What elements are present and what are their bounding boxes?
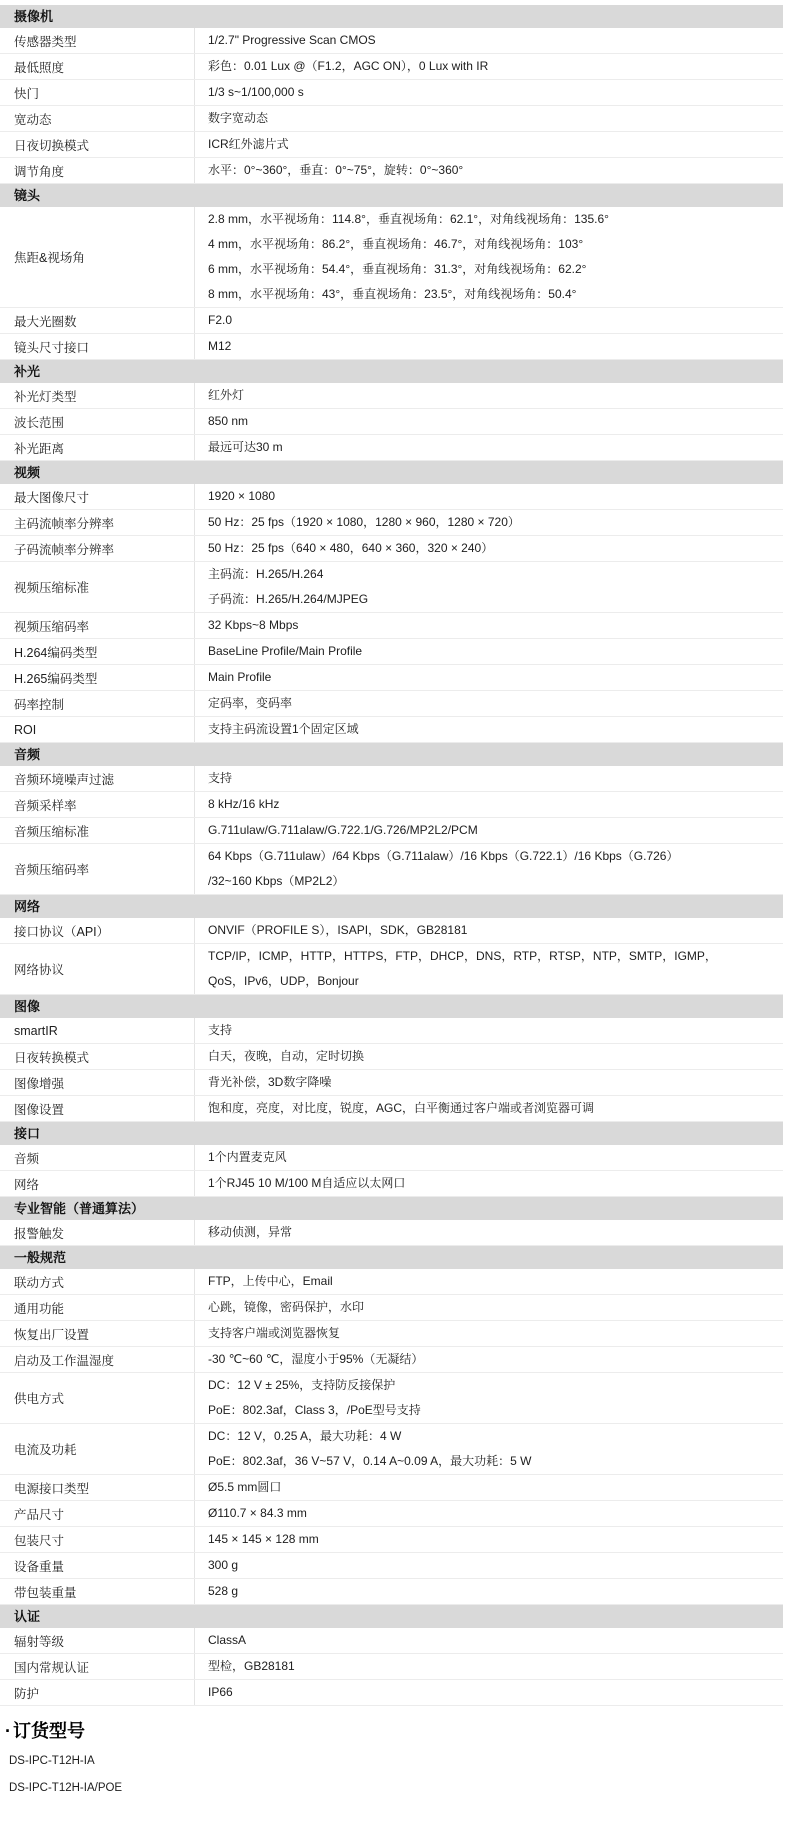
section-header: 网络 (0, 895, 783, 918)
spec-value: 主码流：H.265/H.264子码流：H.265/H.264/MJPEG (195, 562, 783, 612)
spec-value: 528 g (195, 1579, 783, 1604)
bullet-icon: · (5, 1718, 11, 1744)
spec-label: 音频 (0, 1145, 195, 1170)
spec-label: 带包装重量 (0, 1579, 195, 1604)
spec-value: 1个内置麦克风 (195, 1145, 783, 1170)
spec-table: 摄像机传感器类型1/2.7" Progressive Scan CMOS最低照度… (0, 5, 783, 1706)
section: 一般规范联动方式FTP，上传中心，Email通用功能心跳，镜像，密码保护，水印恢… (0, 1246, 783, 1605)
spec-value-line: 背光补偿，3D数字降噪 (208, 1070, 775, 1095)
spec-label: 最大图像尺寸 (0, 484, 195, 509)
section: 网络接口协议（API）ONVIF（PROFILE S），ISAPI，SDK，GB… (0, 895, 783, 995)
spec-value-line: 1920 × 1080 (208, 484, 775, 509)
spec-value-line: 528 g (208, 1579, 775, 1604)
spec-row: 图像设置饱和度，亮度，对比度，锐度，AGC，白平衡通过客户端或者浏览器可调 (0, 1096, 783, 1122)
spec-row: 宽动态数字宽动态 (0, 106, 783, 132)
spec-row: 视频压缩标准主码流：H.265/H.264子码流：H.265/H.264/MJP… (0, 562, 783, 613)
spec-label: ROI (0, 717, 195, 742)
spec-label: 音频压缩标准 (0, 818, 195, 843)
spec-label: 联动方式 (0, 1269, 195, 1294)
spec-label: 产品尺寸 (0, 1501, 195, 1526)
spec-value-line: DC：12 V ± 25%，支持防反接保护 (208, 1373, 775, 1398)
spec-value: 型检，GB28181 (195, 1654, 783, 1679)
spec-value-line: 支持客户端或浏览器恢复 (208, 1321, 775, 1346)
spec-label: H.265编码类型 (0, 665, 195, 690)
spec-value: 最远可达30 m (195, 435, 783, 460)
spec-value: Main Profile (195, 665, 783, 690)
spec-label: 供电方式 (0, 1373, 195, 1423)
spec-row: 辐射等级ClassA (0, 1628, 783, 1654)
spec-value-line: 50 Hz：25 fps（1920 × 1080，1280 × 960，1280… (208, 510, 775, 535)
spec-label: 电源接口类型 (0, 1475, 195, 1500)
spec-label: 波长范围 (0, 409, 195, 434)
spec-value: 1/3 s~1/100,000 s (195, 80, 783, 105)
section: 图像smartIR支持日夜转换模式白天，夜晚，自动，定时切换图像增强背光补偿，3… (0, 995, 783, 1122)
spec-row: 通用功能心跳，镜像，密码保护，水印 (0, 1295, 783, 1321)
spec-value-line: Ø5.5 mm圆口 (208, 1475, 775, 1500)
spec-value-line: 145 × 145 × 128 mm (208, 1527, 775, 1552)
spec-row: 镜头尺寸接口M12 (0, 334, 783, 360)
spec-label: 报警触发 (0, 1220, 195, 1245)
spec-row: 产品尺寸Ø110.7 × 84.3 mm (0, 1501, 783, 1527)
spec-row: 补光灯类型红外灯 (0, 383, 783, 409)
spec-value: 2.8 mm，水平视场角：114.8°，垂直视场角：62.1°，对角线视场角：1… (195, 207, 783, 307)
spec-label: 音频采样率 (0, 792, 195, 817)
spec-value-line: /32~160 Kbps（MP2L2） (208, 869, 775, 894)
spec-row: 恢复出厂设置支持客户端或浏览器恢复 (0, 1321, 783, 1347)
spec-value-line: 白天，夜晚，自动，定时切换 (208, 1044, 775, 1069)
spec-value: 水平：0°~360°，垂直：0°~75°，旋转：0°~360° (195, 158, 783, 183)
spec-value-line: QoS，IPv6，UDP，Bonjour (208, 969, 775, 994)
section-header: 补光 (0, 360, 783, 383)
spec-label: 图像增强 (0, 1070, 195, 1095)
spec-label: 视频压缩标准 (0, 562, 195, 612)
spec-row: 音频压缩码率64 Kbps（G.711ulaw）/64 Kbps（G.711al… (0, 844, 783, 895)
spec-label: 最大光圈数 (0, 308, 195, 333)
spec-row: 防护IP66 (0, 1680, 783, 1706)
order-models-title: · 订货型号 (5, 1718, 783, 1744)
section-header: 音频 (0, 743, 783, 766)
spec-value-line: 主码流：H.265/H.264 (208, 562, 775, 587)
spec-value-line: ClassA (208, 1628, 775, 1653)
spec-value: M12 (195, 334, 783, 359)
spec-value: DC：12 V，0.25 A，最大功耗：4 WPoE：802.3af，36 V~… (195, 1424, 783, 1474)
spec-value-line: IP66 (208, 1680, 775, 1705)
spec-value-line: 支持 (208, 1018, 775, 1043)
spec-value: Ø5.5 mm圆口 (195, 1475, 783, 1500)
spec-value: 300 g (195, 1553, 783, 1578)
spec-label: 子码流帧率分辨率 (0, 536, 195, 561)
spec-value-line: 子码流：H.265/H.264/MJPEG (208, 587, 775, 612)
spec-value-line: 心跳，镜像，密码保护，水印 (208, 1295, 775, 1320)
spec-row: 电流及功耗DC：12 V，0.25 A，最大功耗：4 WPoE：802.3af，… (0, 1424, 783, 1475)
spec-value-line: 6 mm，水平视场角：54.4°，垂直视场角：31.3°，对角线视场角：62.2… (208, 257, 775, 282)
spec-value-line: ONVIF（PROFILE S），ISAPI，SDK，GB28181 (208, 918, 775, 943)
spec-label: 设备重量 (0, 1553, 195, 1578)
section-header: 一般规范 (0, 1246, 783, 1269)
spec-row: 补光距离最远可达30 m (0, 435, 783, 461)
spec-label: 主码流帧率分辨率 (0, 510, 195, 535)
spec-row: 供电方式DC：12 V ± 25%，支持防反接保护PoE：802.3af，Cla… (0, 1373, 783, 1424)
spec-label: 恢复出厂设置 (0, 1321, 195, 1346)
section: 认证辐射等级ClassA国内常规认证型检，GB28181防护IP66 (0, 1605, 783, 1706)
spec-label: 最低照度 (0, 54, 195, 79)
spec-label: 码率控制 (0, 691, 195, 716)
spec-value: -30 ℃~60 ℃，湿度小于95%（无凝结） (195, 1347, 783, 1372)
spec-value-line: BaseLine Profile/Main Profile (208, 639, 775, 664)
spec-value-line: 型检，GB28181 (208, 1654, 775, 1679)
section-header: 摄像机 (0, 5, 783, 28)
spec-value: 数字宽动态 (195, 106, 783, 131)
spec-label: 包装尺寸 (0, 1527, 195, 1552)
spec-label: 调节角度 (0, 158, 195, 183)
spec-value-line: 8 kHz/16 kHz (208, 792, 775, 817)
section-header: 视频 (0, 461, 783, 484)
spec-label: 宽动态 (0, 106, 195, 131)
spec-value: G.711ulaw/G.711alaw/G.722.1/G.726/MP2L2/… (195, 818, 783, 843)
section: 视频最大图像尺寸1920 × 1080主码流帧率分辨率50 Hz：25 fps（… (0, 461, 783, 743)
spec-value-line: 4 mm，水平视场角：86.2°，垂直视场角：46.7°，对角线视场角：103° (208, 232, 775, 257)
spec-value: Ø110.7 × 84.3 mm (195, 1501, 783, 1526)
model-item: DS-IPC-T12H-IA (9, 1748, 783, 1775)
spec-value: 彩色：0.01 Lux @（F1.2，AGC ON），0 Lux with IR (195, 54, 783, 79)
spec-value: ICR红外滤片式 (195, 132, 783, 157)
spec-label: 接口协议（API） (0, 918, 195, 943)
spec-row: 快门1/3 s~1/100,000 s (0, 80, 783, 106)
spec-row: 波长范围850 nm (0, 409, 783, 435)
spec-row: 带包装重量528 g (0, 1579, 783, 1605)
spec-value-line: 支持 (208, 766, 775, 791)
spec-label: 传感器类型 (0, 28, 195, 53)
spec-value: 支持主码流设置1个固定区域 (195, 717, 783, 742)
spec-label: 网络 (0, 1171, 195, 1196)
spec-value-line: 水平：0°~360°，垂直：0°~75°，旋转：0°~360° (208, 158, 775, 183)
spec-label: 音频压缩码率 (0, 844, 195, 894)
spec-label: 快门 (0, 80, 195, 105)
section-header: 图像 (0, 995, 783, 1018)
spec-value-line: TCP/IP，ICMP，HTTP，HTTPS，FTP，DHCP，DNS，RTP，… (208, 944, 775, 969)
spec-value-line: Ø110.7 × 84.3 mm (208, 1501, 775, 1526)
spec-value-line: 支持主码流设置1个固定区域 (208, 717, 775, 742)
spec-row: 启动及工作温湿度-30 ℃~60 ℃，湿度小于95%（无凝结） (0, 1347, 783, 1373)
footer: · 订货型号 DS-IPC-T12H-IADS-IPC-T12H-IA/POE (0, 1718, 783, 1802)
spec-value-line: ICR红外滤片式 (208, 132, 775, 157)
spec-value-line: DC：12 V，0.25 A，最大功耗：4 W (208, 1424, 775, 1449)
spec-label: 辐射等级 (0, 1628, 195, 1653)
spec-label: 日夜转换模式 (0, 1044, 195, 1069)
spec-value-line: 饱和度，亮度，对比度，锐度，AGC，白平衡通过客户端或者浏览器可调 (208, 1096, 775, 1121)
spec-value-line: 300 g (208, 1553, 775, 1578)
spec-value: 白天，夜晚，自动，定时切换 (195, 1044, 783, 1069)
section-header: 镜头 (0, 184, 783, 207)
spec-value: 32 Kbps~8 Mbps (195, 613, 783, 638)
spec-value: 50 Hz：25 fps（1920 × 1080，1280 × 960，1280… (195, 510, 783, 535)
spec-row: 音频环境噪声过滤支持 (0, 766, 783, 792)
spec-value-line: 红外灯 (208, 383, 775, 408)
spec-value-line: M12 (208, 334, 775, 359)
spec-label: smartIR (0, 1018, 195, 1043)
spec-value-line: 1个RJ45 10 M/100 M自适应以太网口 (208, 1171, 775, 1196)
spec-label: 国内常规认证 (0, 1654, 195, 1679)
spec-value: 定码率，变码率 (195, 691, 783, 716)
spec-row: 网络1个RJ45 10 M/100 M自适应以太网口 (0, 1171, 783, 1197)
section: 镜头焦距&视场角2.8 mm，水平视场角：114.8°，垂直视场角：62.1°，… (0, 184, 783, 360)
spec-value: 红外灯 (195, 383, 783, 408)
spec-row: 包装尺寸145 × 145 × 128 mm (0, 1527, 783, 1553)
spec-value-line: G.711ulaw/G.711alaw/G.722.1/G.726/MP2L2/… (208, 818, 775, 843)
spec-row: 音频压缩标准G.711ulaw/G.711alaw/G.722.1/G.726/… (0, 818, 783, 844)
section-header: 专业智能（普通算法） (0, 1197, 783, 1220)
spec-label: 启动及工作温湿度 (0, 1347, 195, 1372)
spec-row: 日夜转换模式白天，夜晚，自动，定时切换 (0, 1044, 783, 1070)
spec-value: F2.0 (195, 308, 783, 333)
section-header: 接口 (0, 1122, 783, 1145)
spec-row: 设备重量300 g (0, 1553, 783, 1579)
section: 接口音频1个内置麦克风网络1个RJ45 10 M/100 M自适应以太网口 (0, 1122, 783, 1197)
spec-row: 接口协议（API）ONVIF（PROFILE S），ISAPI，SDK，GB28… (0, 918, 783, 944)
spec-value-line: PoE：802.3af，Class 3，/PoE型号支持 (208, 1398, 775, 1423)
spec-value: 850 nm (195, 409, 783, 434)
spec-value-line: 彩色：0.01 Lux @（F1.2，AGC ON），0 Lux with IR (208, 54, 775, 79)
spec-label: 网络协议 (0, 944, 195, 994)
spec-value-line: 最远可达30 m (208, 435, 775, 460)
spec-value-line: 1/3 s~1/100,000 s (208, 80, 775, 105)
spec-value: 1/2.7" Progressive Scan CMOS (195, 28, 783, 53)
spec-row: 传感器类型1/2.7" Progressive Scan CMOS (0, 28, 783, 54)
section-header: 认证 (0, 1605, 783, 1628)
spec-value-line: F2.0 (208, 308, 775, 333)
order-models-title-text: 订货型号 (13, 1718, 85, 1744)
spec-value: 8 kHz/16 kHz (195, 792, 783, 817)
spec-label: H.264编码类型 (0, 639, 195, 664)
spec-value-line: 1/2.7" Progressive Scan CMOS (208, 28, 775, 53)
section: 音频音频环境噪声过滤支持音频采样率8 kHz/16 kHz音频压缩标准G.711… (0, 743, 783, 895)
spec-value-line: 8 mm，水平视场角：43°，垂直视场角：23.5°，对角线视场角：50.4° (208, 282, 775, 307)
spec-value: 饱和度，亮度，对比度，锐度，AGC，白平衡通过客户端或者浏览器可调 (195, 1096, 783, 1121)
section: 摄像机传感器类型1/2.7" Progressive Scan CMOS最低照度… (0, 5, 783, 184)
spec-row: 调节角度水平：0°~360°，垂直：0°~75°，旋转：0°~360° (0, 158, 783, 184)
spec-value: IP66 (195, 1680, 783, 1705)
spec-value-line: 64 Kbps（G.711ulaw）/64 Kbps（G.711alaw）/16… (208, 844, 775, 869)
spec-value: ClassA (195, 1628, 783, 1653)
spec-value: 移动侦测，异常 (195, 1220, 783, 1245)
spec-value: 支持客户端或浏览器恢复 (195, 1321, 783, 1346)
spec-value: 50 Hz：25 fps（640 × 480，640 × 360，320 × 2… (195, 536, 783, 561)
spec-value-line: 移动侦测，异常 (208, 1220, 775, 1245)
spec-label: 音频环境噪声过滤 (0, 766, 195, 791)
model-item: DS-IPC-T12H-IA/POE (9, 1775, 783, 1802)
spec-row: 网络协议TCP/IP，ICMP，HTTP，HTTPS，FTP，DHCP，DNS，… (0, 944, 783, 995)
spec-value-line: 1个内置麦克风 (208, 1145, 775, 1170)
spec-row: H.264编码类型BaseLine Profile/Main Profile (0, 639, 783, 665)
spec-row: 最大光圈数F2.0 (0, 308, 783, 334)
spec-value: DC：12 V ± 25%，支持防反接保护PoE：802.3af，Class 3… (195, 1373, 783, 1423)
spec-row: 国内常规认证型检，GB28181 (0, 1654, 783, 1680)
spec-value-line: 2.8 mm，水平视场角：114.8°，垂直视场角：62.1°，对角线视场角：1… (208, 207, 775, 232)
spec-value-line: 850 nm (208, 409, 775, 434)
spec-value: ONVIF（PROFILE S），ISAPI，SDK，GB28181 (195, 918, 783, 943)
spec-row: 图像增强背光补偿，3D数字降噪 (0, 1070, 783, 1096)
spec-label: 补光灯类型 (0, 383, 195, 408)
spec-value: 支持 (195, 766, 783, 791)
spec-label: 镜头尺寸接口 (0, 334, 195, 359)
spec-label: 焦距&视场角 (0, 207, 195, 307)
spec-label: 补光距离 (0, 435, 195, 460)
spec-value: 心跳，镜像，密码保护，水印 (195, 1295, 783, 1320)
spec-row: 主码流帧率分辨率50 Hz：25 fps（1920 × 1080，1280 × … (0, 510, 783, 536)
spec-row: smartIR支持 (0, 1018, 783, 1044)
spec-row: 电源接口类型Ø5.5 mm圆口 (0, 1475, 783, 1501)
model-list: DS-IPC-T12H-IADS-IPC-T12H-IA/POE (5, 1748, 783, 1802)
spec-row: 音频1个内置麦克风 (0, 1145, 783, 1171)
spec-row: 码率控制定码率，变码率 (0, 691, 783, 717)
spec-value-line: 32 Kbps~8 Mbps (208, 613, 775, 638)
spec-row: H.265编码类型Main Profile (0, 665, 783, 691)
spec-value: TCP/IP，ICMP，HTTP，HTTPS，FTP，DHCP，DNS，RTP，… (195, 944, 783, 994)
spec-value-line: Main Profile (208, 665, 775, 690)
section: 专业智能（普通算法）报警触发移动侦测，异常 (0, 1197, 783, 1246)
spec-label: 防护 (0, 1680, 195, 1705)
spec-value-line: 50 Hz：25 fps（640 × 480，640 × 360，320 × 2… (208, 536, 775, 561)
spec-row: 最大图像尺寸1920 × 1080 (0, 484, 783, 510)
spec-value-line: 数字宽动态 (208, 106, 775, 131)
spec-value-line: 定码率，变码率 (208, 691, 775, 716)
spec-row: 报警触发移动侦测，异常 (0, 1220, 783, 1246)
spec-label: 电流及功耗 (0, 1424, 195, 1474)
spec-label: 日夜切换模式 (0, 132, 195, 157)
spec-value: 145 × 145 × 128 mm (195, 1527, 783, 1552)
spec-row: 最低照度彩色：0.01 Lux @（F1.2，AGC ON），0 Lux wit… (0, 54, 783, 80)
spec-row: 子码流帧率分辨率50 Hz：25 fps（640 × 480，640 × 360… (0, 536, 783, 562)
spec-row: 联动方式FTP，上传中心，Email (0, 1269, 783, 1295)
spec-row: ROI支持主码流设置1个固定区域 (0, 717, 783, 743)
spec-value: 64 Kbps（G.711ulaw）/64 Kbps（G.711alaw）/16… (195, 844, 783, 894)
spec-row: 焦距&视场角2.8 mm，水平视场角：114.8°，垂直视场角：62.1°，对角… (0, 207, 783, 308)
spec-value-line: -30 ℃~60 ℃，湿度小于95%（无凝结） (208, 1347, 775, 1372)
spec-label: 视频压缩码率 (0, 613, 195, 638)
spec-row: 音频采样率8 kHz/16 kHz (0, 792, 783, 818)
spec-label: 通用功能 (0, 1295, 195, 1320)
spec-label: 图像设置 (0, 1096, 195, 1121)
section: 补光补光灯类型红外灯波长范围850 nm补光距离最远可达30 m (0, 360, 783, 461)
spec-value: 1个RJ45 10 M/100 M自适应以太网口 (195, 1171, 783, 1196)
spec-row: 日夜切换模式ICR红外滤片式 (0, 132, 783, 158)
spec-value-line: PoE：802.3af，36 V~57 V，0.14 A~0.09 A，最大功耗… (208, 1449, 775, 1474)
spec-value: FTP，上传中心，Email (195, 1269, 783, 1294)
spec-value: BaseLine Profile/Main Profile (195, 639, 783, 664)
spec-value-line: FTP，上传中心，Email (208, 1269, 775, 1294)
spec-value: 支持 (195, 1018, 783, 1043)
spec-value: 1920 × 1080 (195, 484, 783, 509)
spec-value: 背光补偿，3D数字降噪 (195, 1070, 783, 1095)
spec-row: 视频压缩码率32 Kbps~8 Mbps (0, 613, 783, 639)
